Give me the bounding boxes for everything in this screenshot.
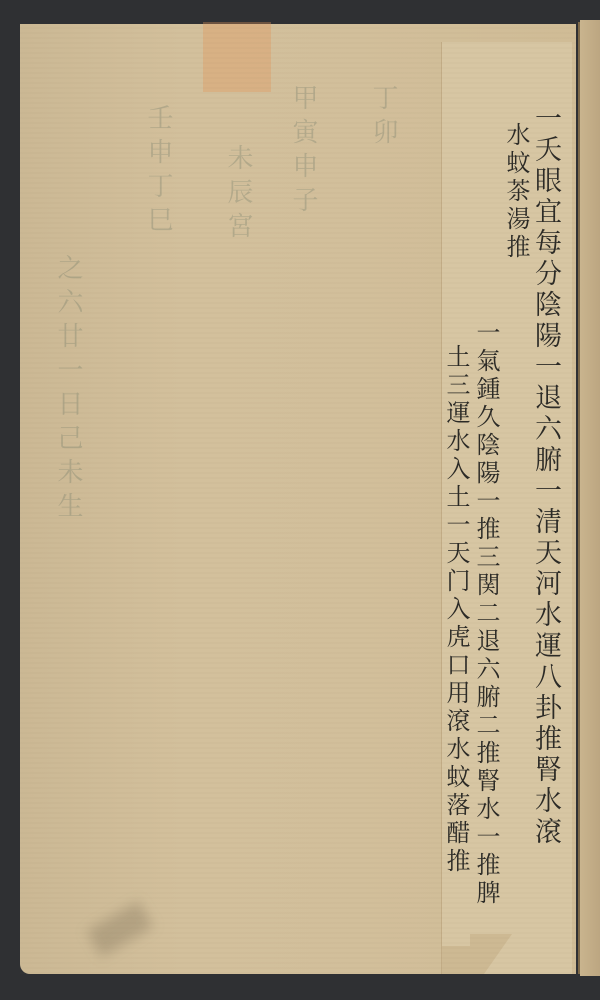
text-column-4: 土三運水入土一天门入虎口用滾水蚊落醋推 (444, 344, 468, 876)
bleed-through-text: 壬申丁巳 (140, 104, 177, 240)
bleed-through-text: 丁卯 (365, 84, 402, 152)
manuscript-page: 之六廿一日己未生 壬申丁巳 未辰宮 甲寅申子 丁卯 一夭眼宜每分陰陽一退六腑一清… (20, 24, 576, 974)
pasted-paper-slip: 一夭眼宜每分陰陽一退六腑一清天河水運八卦推腎水滾 水蚊茶湯推 一氣鍾久陰陽一推三… (442, 42, 572, 974)
text-column-2: 水蚊茶湯推 (504, 122, 528, 262)
bleed-through-text: 未辰宮 (220, 144, 257, 246)
bleed-through-text: 甲寅申子 (285, 84, 322, 220)
bleed-through-text: 之六廿一日己未生 (50, 254, 87, 526)
next-page-edge (580, 20, 600, 976)
torn-corner (442, 934, 512, 974)
text-column-3: 一氣鍾久陰陽一推三関二退六腑二推腎水一推脾 (474, 320, 498, 908)
text-column-1: 一夭眼宜每分陰陽一退六腑一清天河水運八卦推腎水滾 (532, 104, 559, 848)
stain (87, 901, 154, 957)
red-seal-stamp (203, 22, 271, 92)
